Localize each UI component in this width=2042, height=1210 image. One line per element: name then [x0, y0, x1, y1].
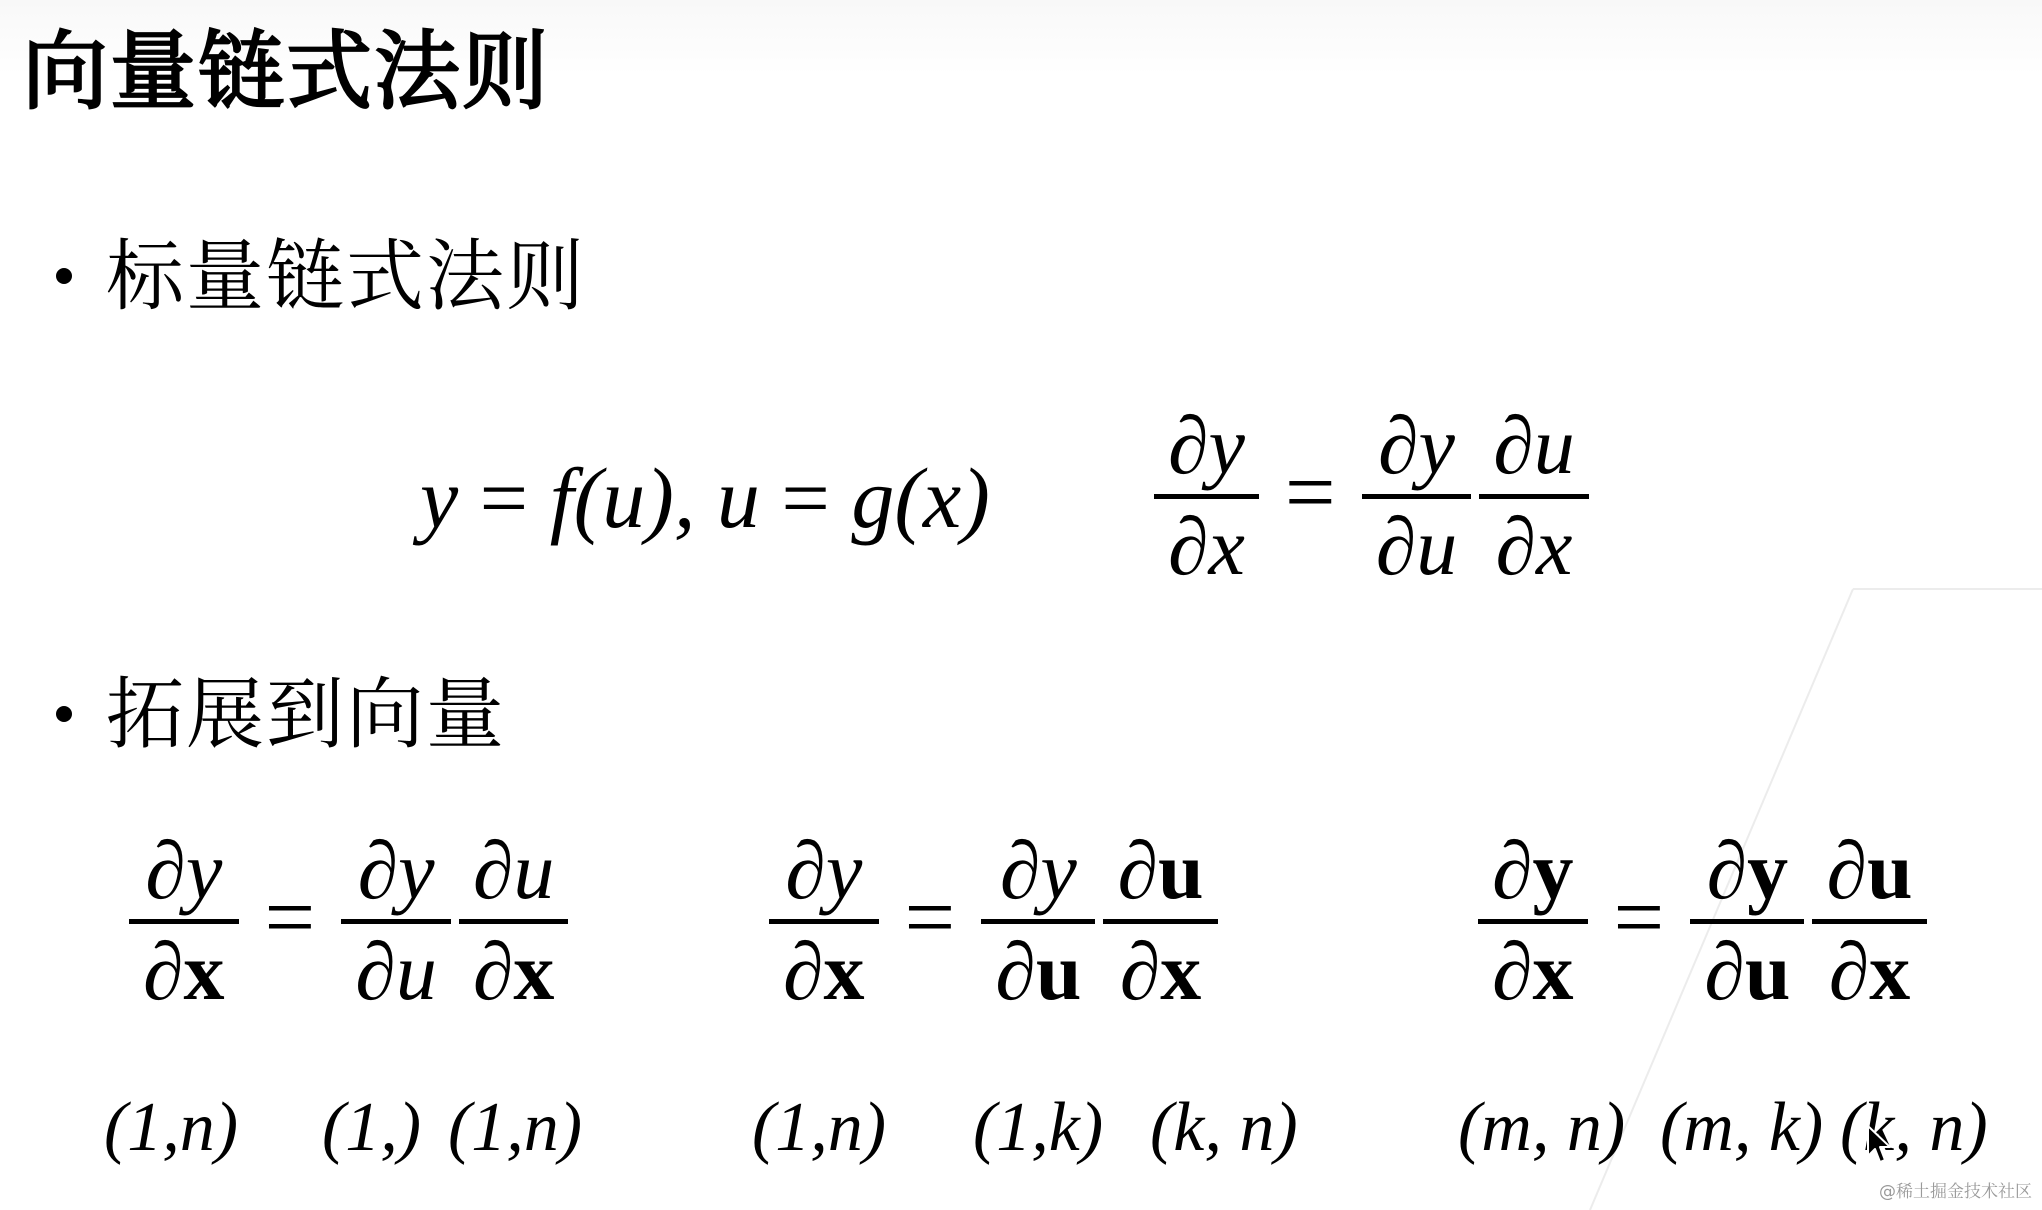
bullet-label: 拓展到向量 [106, 670, 506, 760]
fraction-dy-dx: ∂y ∂x [129, 823, 239, 1020]
fraction-dy-dx: ∂y ∂x [1478, 823, 1588, 1020]
bullet-dot-icon [56, 268, 72, 284]
equals-sign: = [1614, 866, 1665, 969]
fraction-dy-dx: ∂y ∂x [1154, 398, 1259, 595]
numerator: ∂y [1364, 398, 1469, 494]
fraction-du-dx: ∂u ∂x [459, 823, 569, 1020]
scalar-chain-rule-equation: ∂y ∂x = ∂y ∂u ∂u ∂x [1150, 398, 1593, 595]
fraction-du-dx: ∂u ∂x [1479, 398, 1589, 595]
equals-sign: = [458, 450, 550, 546]
fraction-du-dx: ∂u ∂x [1812, 823, 1926, 1020]
denominator: ∂x [459, 924, 569, 1020]
shape-label: (k, n) [1150, 1088, 1298, 1168]
scalar-function-definition: y = f(u), u = g(x) [420, 448, 990, 548]
numerator: ∂y [1693, 823, 1803, 919]
shape-label: (m, n) [1458, 1088, 1625, 1168]
denominator: ∂u [1690, 924, 1804, 1020]
fraction-du-dx: ∂u ∂x [1103, 823, 1217, 1020]
fraction-dy-du: ∂y ∂u [1690, 823, 1804, 1020]
bullet-label: 标量链式法则 [106, 232, 586, 322]
shape-label: (1,n) [448, 1088, 582, 1168]
denominator: ∂u [981, 924, 1095, 1020]
numerator: ∂u [1103, 823, 1217, 919]
fraction-dy-du: ∂y ∂u [1362, 398, 1472, 595]
numerator: ∂y [1154, 398, 1259, 494]
numerator: ∂y [771, 823, 876, 919]
var-y: y [420, 450, 458, 546]
watermark: @稀土掘金技术社区 [1879, 1177, 2032, 1202]
vector-chain-rule-case-3: ∂y ∂x = ∂y ∂u ∂u ∂x [1474, 823, 1931, 1020]
equals-sign: = [1285, 441, 1336, 544]
denominator: ∂u [341, 924, 451, 1020]
vector-chain-rule-case-1: ∂y ∂x = ∂y ∂u ∂u ∂x [125, 823, 572, 1020]
denominator: ∂x [1815, 924, 1925, 1020]
bullet-scalar-chain-rule: 标量链式法则 [56, 232, 586, 322]
var-u: u [717, 450, 760, 546]
vector-chain-rule-case-2: ∂y ∂x = ∂y ∂u ∂u ∂x [765, 823, 1222, 1020]
bullet-extend-to-vector: 拓展到向量 [56, 670, 506, 760]
fraction-dy-du: ∂y ∂u [981, 823, 1095, 1020]
equals-sign: = [905, 866, 956, 969]
func-g: g [851, 450, 894, 546]
arg-u: (u), [574, 450, 717, 546]
arg-x: (x) [894, 450, 989, 546]
denominator: ∂x [1478, 924, 1588, 1020]
numerator: ∂u [459, 823, 569, 919]
func-f: f [550, 450, 574, 546]
shape-label: (k, n) [1840, 1088, 1988, 1168]
denominator: ∂x [1154, 499, 1259, 595]
equals-sign: = [265, 866, 316, 969]
background-panel-edge [0, 0, 2042, 1210]
numerator: ∂y [131, 823, 236, 919]
numerator: ∂y [1478, 823, 1588, 919]
denominator: ∂u [1362, 499, 1472, 595]
denominator: ∂x [1482, 499, 1587, 595]
fraction-dy-dx: ∂y ∂x [769, 823, 879, 1020]
numerator: ∂y [986, 823, 1091, 919]
bullet-dot-icon [56, 706, 72, 722]
mouse-cursor-icon [1866, 1124, 1896, 1166]
denominator: ∂x [129, 924, 239, 1020]
shape-label: (1,n) [752, 1088, 886, 1168]
shape-label: (1,k) [973, 1088, 1103, 1168]
fraction-dy-du: ∂y ∂u [341, 823, 451, 1020]
denominator: ∂x [1106, 924, 1216, 1020]
equals-sign: = [760, 450, 852, 546]
denominator: ∂x [769, 924, 879, 1020]
shape-label: (1,n) [104, 1088, 238, 1168]
slide-title: 向量链式法则 [22, 22, 550, 122]
shape-label: (1,) [322, 1088, 421, 1168]
numerator: ∂y [344, 823, 449, 919]
numerator: ∂u [1812, 823, 1926, 919]
numerator: ∂u [1479, 398, 1589, 494]
shape-label: (m, k) [1660, 1088, 1823, 1168]
